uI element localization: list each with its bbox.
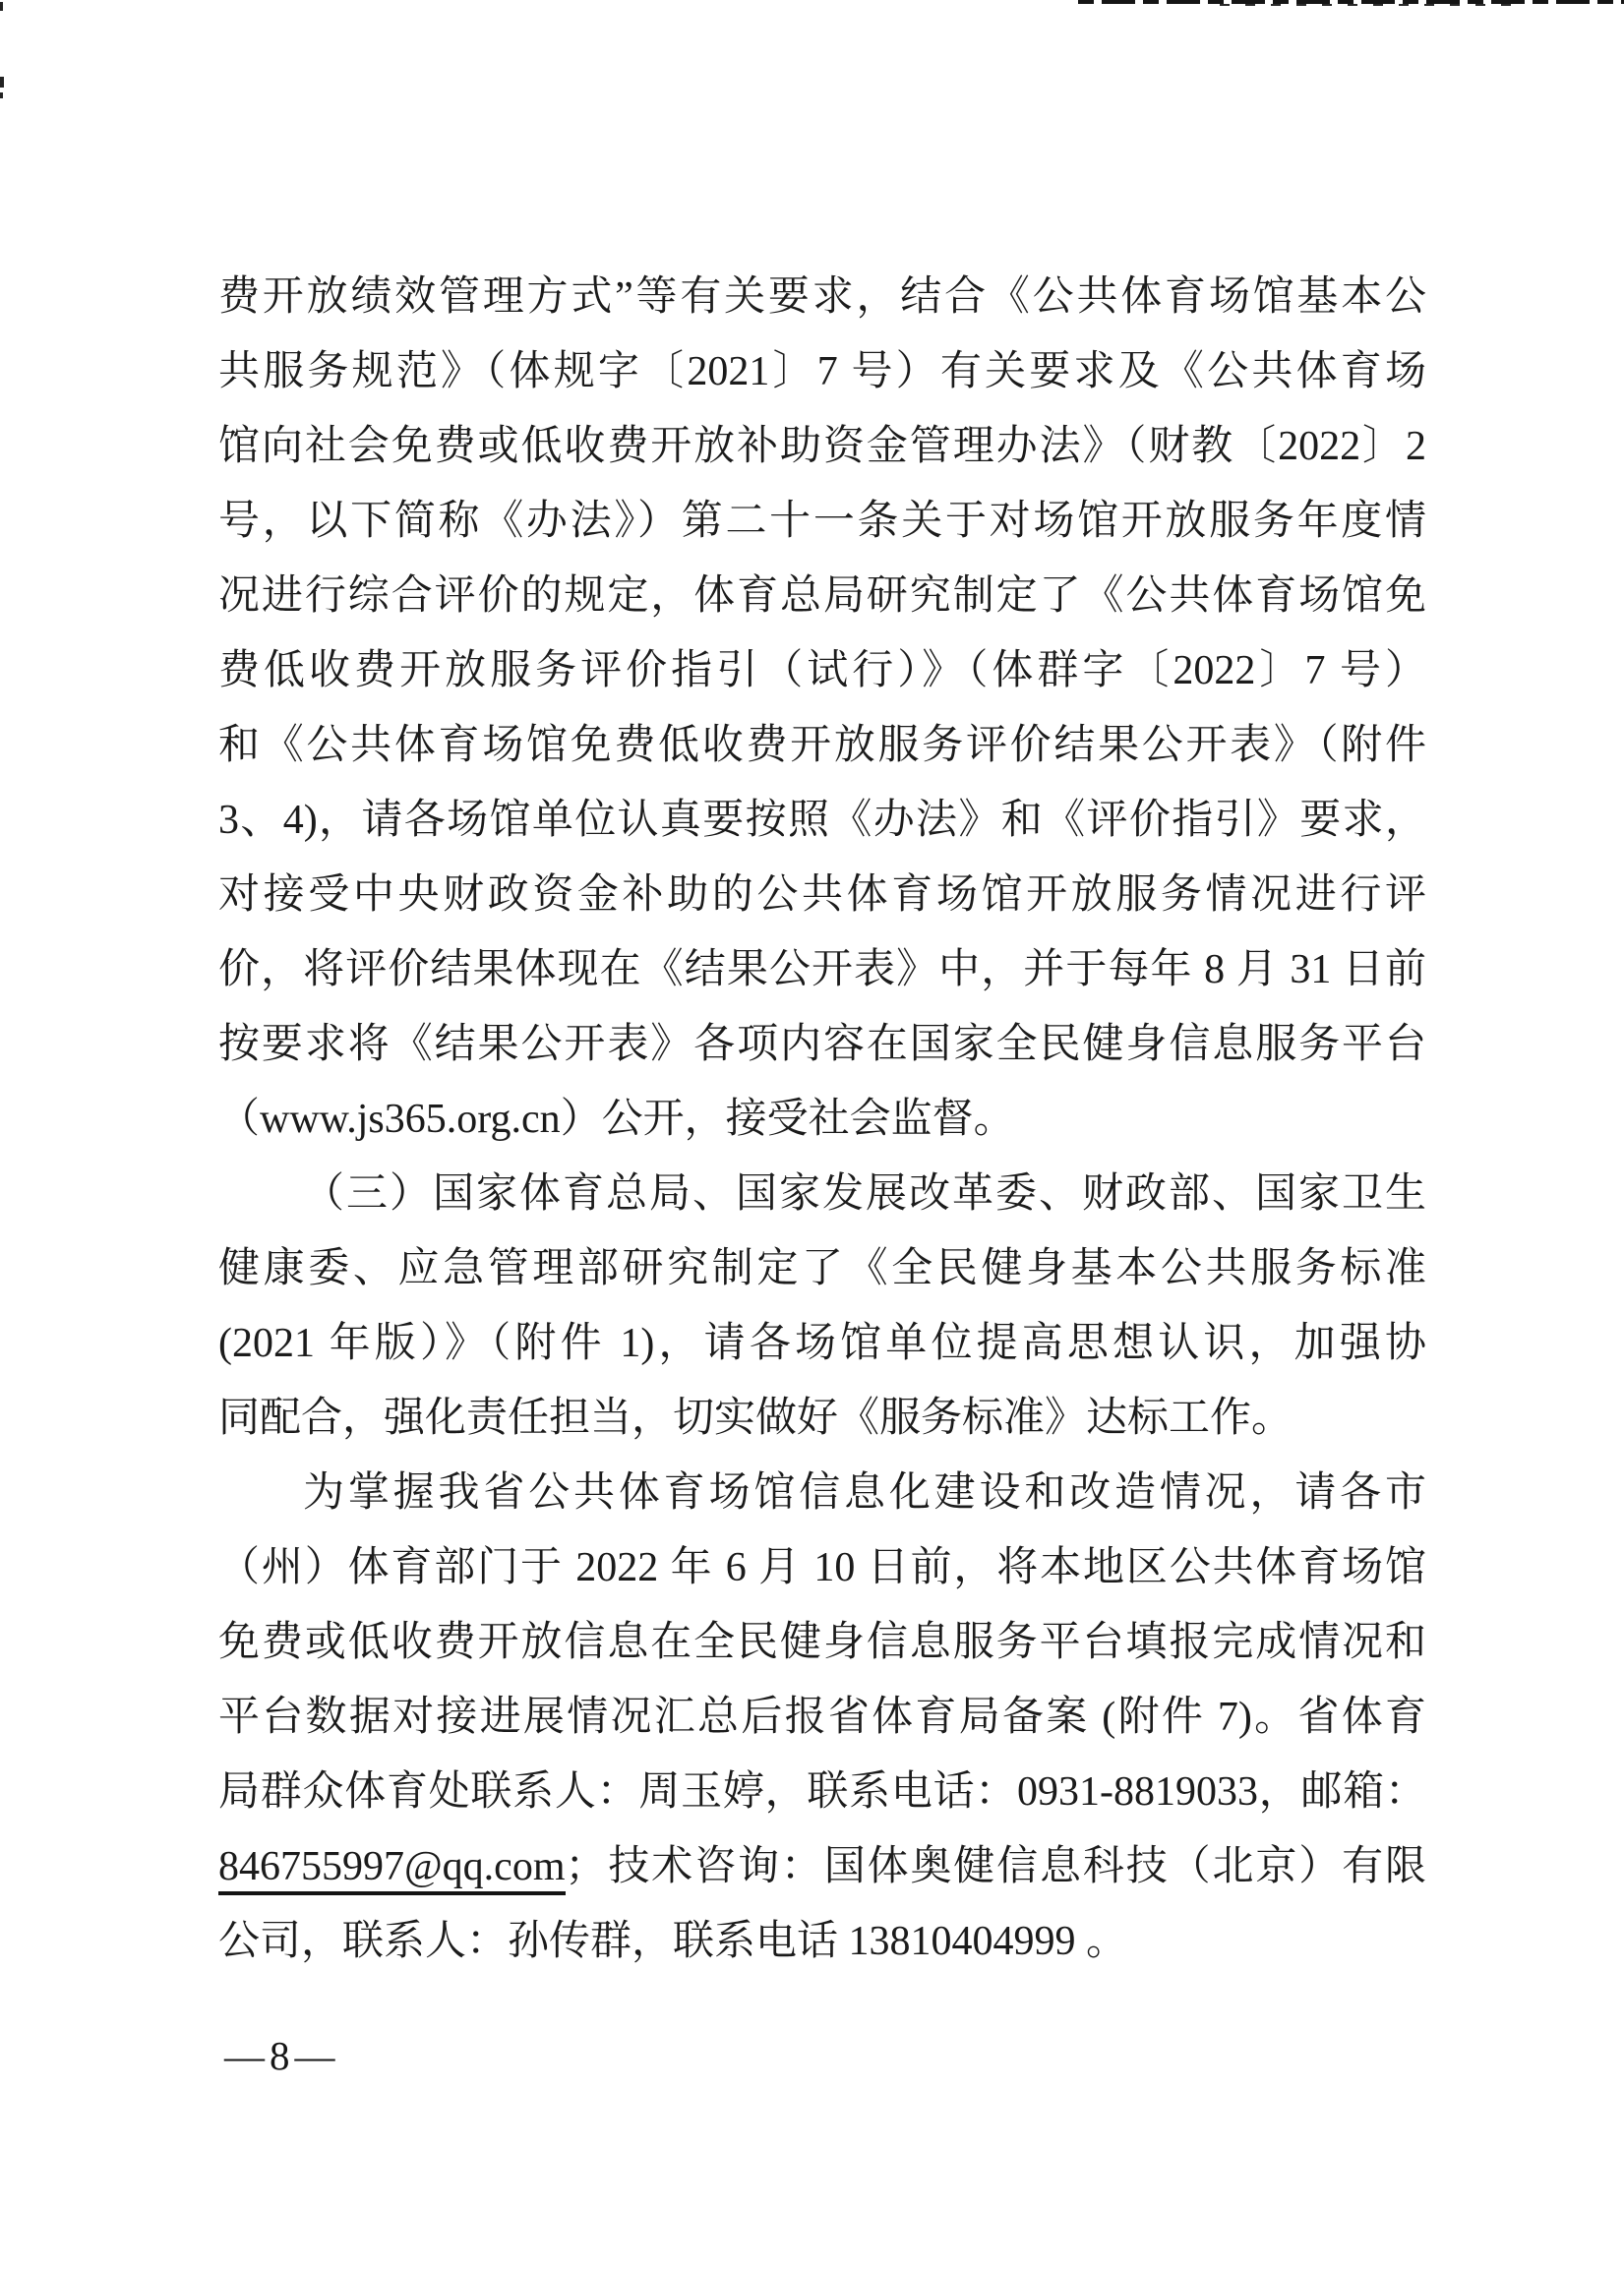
text-line: 为掌握我省公共体育场馆信息化建设和改造情况，请各市 — [218, 1456, 1426, 1530]
email-address: 846755997@qq.com — [218, 1844, 566, 1895]
text-line: （州）体育部门于 2022 年 6 月 10 日前，将本地区公共体育场馆 — [218, 1530, 1426, 1605]
text-segment: 和《公共体育场馆免费低收费开放服务评价结果公开表》（附件 — [218, 723, 1426, 768]
text-line: 馆向社会免费或低收费开放补助资金管理办法》（财教〔2022〕2 — [218, 409, 1426, 484]
page-number: —8— — [224, 2032, 340, 2079]
text-segment: 公司，联系人：孙传群，联系电话 13810404999 。 — [218, 1919, 1127, 1964]
text-line: 价，将评价结果体现在《结果公开表》中，并于每年 8 月 31 日前 — [218, 932, 1426, 1007]
text-segment: 平台数据对接进展情况汇总后报省体育局备案 (附件 7)。省体育 — [218, 1695, 1426, 1740]
document-page: 费开放绩效管理方式”等有关要求，结合《公共体育场馆基本公共服务规范》（体规字〔2… — [0, 0, 1624, 2270]
text-line: 健康委、应急管理部研究制定了《全民健身基本公共服务标准 — [218, 1231, 1426, 1306]
text-segment: （www.js365.org.cn）公开，接受社会监督。 — [218, 1097, 1015, 1142]
text-segment: 3、4)，请各场馆单位认真要按照《办法》和《评价指引》要求， — [218, 798, 1426, 843]
scan-artifact-speck — [0, 92, 3, 98]
text-segment: 号，以下简称《办法》）第二十一条关于对场馆开放服务年度情 — [218, 499, 1426, 544]
text-segment: 费低收费开放服务评价指引（试行）》（体群字〔2022〕7 号） — [218, 648, 1426, 693]
text-segment: 免费或低收费开放信息在全民健身信息服务平台填报完成情况和 — [218, 1620, 1426, 1665]
document-body: 费开放绩效管理方式”等有关要求，结合《公共体育场馆基本公共服务规范》（体规字〔2… — [218, 260, 1426, 1979]
text-line: 费低收费开放服务评价指引（试行）》（体群字〔2022〕7 号） — [218, 633, 1426, 708]
text-line: 费开放绩效管理方式”等有关要求，结合《公共体育场馆基本公 — [218, 260, 1426, 334]
text-segment: 按要求将《结果公开表》各项内容在国家全民健身信息服务平台 — [218, 1022, 1426, 1067]
text-segment: 对接受中央财政资金补助的公共体育场馆开放服务情况进行评 — [218, 872, 1426, 918]
scan-artifact-speck — [0, 77, 4, 88]
text-line: 同配合，强化责任担当，切实做好《服务标准》达标工作。 — [218, 1381, 1426, 1456]
text-segment: 馆向社会免费或低收费开放补助资金管理办法》（财教〔2022〕2 — [218, 424, 1426, 469]
text-line: 3、4)，请各场馆单位认真要按照《办法》和《评价指引》要求， — [218, 783, 1426, 858]
text-line: 846755997@qq.com；技术咨询：国体奥健信息科技（北京）有限 — [218, 1829, 1426, 1904]
text-line: 平台数据对接进展情况汇总后报省体育局备案 (附件 7)。省体育 — [218, 1680, 1426, 1755]
text-segment: 健康委、应急管理部研究制定了《全民健身基本公共服务标准 — [218, 1246, 1426, 1291]
text-line: 共服务规范》（体规字〔2021〕7 号）有关要求及《公共体育场 — [218, 334, 1426, 409]
text-line: (2021 年版）》（附件 1)，请各场馆单位提高思想认识，加强协 — [218, 1306, 1426, 1381]
text-segment: 价，将评价结果体现在《结果公开表》中，并于每年 8 月 31 日前 — [218, 947, 1426, 992]
text-line: 局群众体育处联系人：周玉婷，联系电话：0931-8819033，邮箱： — [218, 1755, 1426, 1829]
text-line: 况进行综合评价的规定，体育总局研究制定了《公共体育场馆免 — [218, 559, 1426, 633]
scan-artifact-top-line-2 — [1220, 4, 1515, 6]
text-line: （三）国家体育总局、国家发展改革委、财政部、国家卫生 — [218, 1157, 1426, 1231]
text-line: 和《公共体育场馆免费低收费开放服务评价结果公开表》（附件 — [218, 708, 1426, 783]
text-segment: （州）体育部门于 2022 年 6 月 10 日前，将本地区公共体育场馆 — [218, 1545, 1426, 1590]
text-segment: 局群众体育处联系人：周玉婷，联系电话：0931-8819033，邮箱： — [218, 1769, 1426, 1815]
text-segment: 费开放绩效管理方式”等有关要求，结合《公共体育场馆基本公 — [218, 274, 1426, 320]
scan-artifact-speck — [0, 2, 3, 11]
text-line: （www.js365.org.cn）公开，接受社会监督。 — [218, 1082, 1426, 1157]
text-segment: 为掌握我省公共体育场馆信息化建设和改造情况，请各市 — [303, 1470, 1426, 1516]
text-segment: ；技术咨询：国体奥健信息科技（北京）有限 — [566, 1844, 1427, 1889]
text-segment: (2021 年版）》（附件 1)，请各场馆单位提高思想认识，加强协 — [218, 1321, 1426, 1366]
text-segment: 况进行综合评价的规定，体育总局研究制定了《公共体育场馆免 — [218, 573, 1426, 619]
text-segment: （三）国家体育总局、国家发展改革委、财政部、国家卫生 — [303, 1171, 1426, 1217]
text-line: 免费或低收费开放信息在全民健身信息服务平台填报完成情况和 — [218, 1605, 1426, 1680]
text-line: 按要求将《结果公开表》各项内容在国家全民健身信息服务平台 — [218, 1007, 1426, 1082]
text-segment: 同配合，强化责任担当，切实做好《服务标准》达标工作。 — [218, 1396, 1293, 1441]
text-line: 号，以下简称《办法》）第二十一条关于对场馆开放服务年度情 — [218, 484, 1426, 559]
text-line: 公司，联系人：孙传群，联系电话 13810404999 。 — [218, 1904, 1426, 1979]
text-segment: 共服务规范》（体规字〔2021〕7 号）有关要求及《公共体育场 — [218, 349, 1426, 394]
text-line: 对接受中央财政资金补助的公共体育场馆开放服务情况进行评 — [218, 858, 1426, 932]
